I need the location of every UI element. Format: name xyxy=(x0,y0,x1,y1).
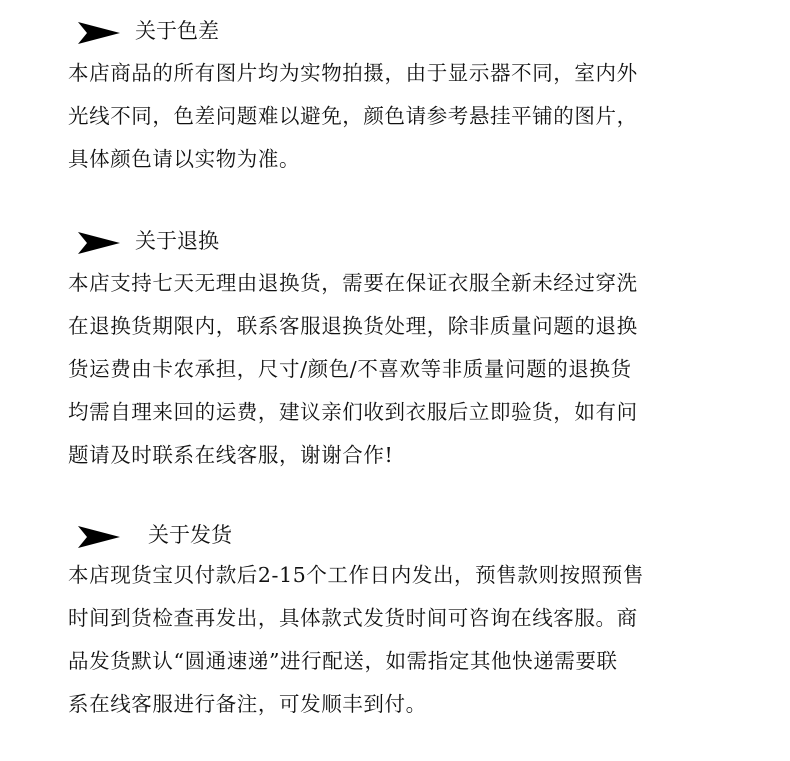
arrow-right-icon xyxy=(78,526,120,548)
section-heading: 关于退换 xyxy=(68,224,748,260)
body-line: 具体颜色请以实物为准。 xyxy=(68,138,748,181)
body-line: 品发货默认“圆通速递”进行配送，如需指定其他快递需要联 xyxy=(68,640,748,683)
section-returns: 关于退换 本店支持七天无理由退换货，需要在保证衣服全新未经过穿洗 在退换货期限内… xyxy=(68,224,748,477)
body-line: 题请及时联系在线客服，谢谢合作! xyxy=(68,434,748,477)
body-line: 时间到货检查再发出，具体款式发货时间可咨询在线客服。商 xyxy=(68,597,748,640)
section-heading: 关于发货 xyxy=(68,518,748,554)
section-title: 关于退换 xyxy=(135,226,219,256)
body-line: 在退换货期限内，联系客服退换货处理，除非质量问题的退换 xyxy=(68,305,748,348)
arrow-right-icon xyxy=(78,22,120,44)
body-line: 均需自理来回的运费，建议亲们收到衣服后立即验货，如有问 xyxy=(68,391,748,434)
section-color-difference: 关于色差 本店商品的所有图片均为实物拍摄，由于显示器不同，室内外 光线不同，色差… xyxy=(68,14,748,181)
section-shipping: 关于发货 本店现货宝贝付款后2-15个工作日内发出，预售款则按照预售 时间到货检… xyxy=(68,518,748,726)
section-title: 关于色差 xyxy=(135,16,219,46)
section-heading: 关于色差 xyxy=(68,14,748,50)
body-line: 货运费由卡农承担，尺寸/颜色/不喜欢等非质量问题的退换货 xyxy=(68,348,748,391)
body-line: 本店商品的所有图片均为实物拍摄，由于显示器不同，室内外 xyxy=(68,52,748,95)
section-body: 本店支持七天无理由退换货，需要在保证衣服全新未经过穿洗 在退换货期限内，联系客服… xyxy=(68,262,748,477)
section-body: 本店现货宝贝付款后2-15个工作日内发出，预售款则按照预售 时间到货检查再发出，… xyxy=(68,554,748,726)
body-line: 光线不同，色差问题难以避免，颜色请参考悬挂平铺的图片， xyxy=(68,95,748,138)
arrow-right-icon xyxy=(78,232,120,254)
section-title: 关于发货 xyxy=(148,520,232,550)
body-line: 本店现货宝贝付款后2-15个工作日内发出，预售款则按照预售 xyxy=(68,554,748,597)
section-body: 本店商品的所有图片均为实物拍摄，由于显示器不同，室内外 光线不同，色差问题难以避… xyxy=(68,52,748,181)
body-line: 本店支持七天无理由退换货，需要在保证衣服全新未经过穿洗 xyxy=(68,262,748,305)
body-line: 系在线客服进行备注，可发顺丰到付。 xyxy=(68,683,748,726)
